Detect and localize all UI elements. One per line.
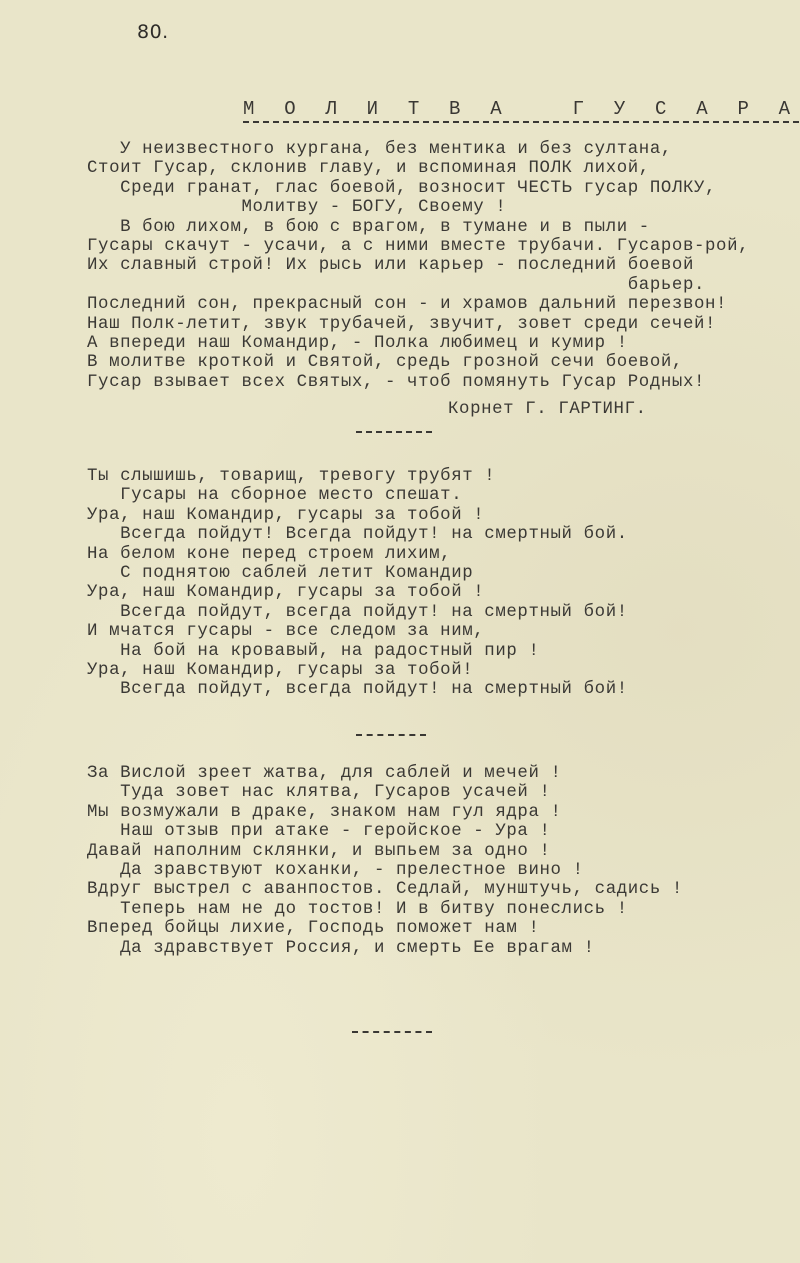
- separator: [352, 1031, 432, 1033]
- poem-line: Мы возмужали в драке, знаком нам гул ядр…: [87, 803, 562, 823]
- poem-line: Наш Полк-летит, звук трубачей, звучит, з…: [87, 315, 716, 335]
- poem-line: С поднятою саблей летит Командир: [87, 564, 473, 584]
- poem-line: На бой на кровавый, на радостный пир !: [87, 642, 539, 662]
- poem-line: Ты слышишь, товарищ, тревогу трубят !: [87, 467, 495, 487]
- poem-line: Вперед бойцы лихие, Господь поможет нам …: [87, 919, 539, 939]
- poem-line: Гусары скачут - усачи, а с ними вместе т…: [87, 237, 749, 257]
- poem-line: Ура, наш Командир, гусары за тобой !: [87, 506, 484, 526]
- poem-line: На белом коне перед строем лихим,: [87, 545, 451, 565]
- poem-line: А впереди наш Командир, - Полка любимец …: [87, 334, 628, 354]
- poem-line: В молитве кроткой и Святой, средь грозно…: [87, 353, 683, 373]
- separator: [356, 734, 426, 736]
- poem-line: Да зравствуют коханки, - прелестное вино…: [87, 861, 584, 881]
- poem-title: М О Л И Т В А Г У С А Р А: [243, 98, 799, 123]
- poem-line: Наш отзыв при атаке - геройское - Ура !: [87, 822, 551, 842]
- poem-line: Всегда пойдут, всегда пойдут! на смертны…: [87, 680, 628, 700]
- poem-line: Их славный строй! Их рысь или карьер - п…: [87, 256, 694, 276]
- poem-line: Всегда пойдут! Всегда пойдут! на смертны…: [87, 525, 628, 545]
- poem-line: Стоит Гусар, склонив главу, и вспоминая …: [87, 159, 650, 179]
- poem-line: У неизвестного кургана, без ментика и бе…: [87, 140, 672, 160]
- poem-line: Гусары на сборное место спешат.: [87, 486, 462, 506]
- poem-line: Среди гранат, глас боевой, возносит ЧЕСТ…: [87, 179, 716, 199]
- poem-signature: Корнет Г. ГАРТИНГ.: [448, 400, 647, 420]
- document-page: 80. М О Л И Т В А Г У С А Р А У неизвест…: [0, 0, 800, 1263]
- poem-line: Туда зовет нас клятва, Гусаров усачей !: [87, 783, 551, 803]
- poem-line: За Вислой зреет жатва, для саблей и мече…: [87, 764, 562, 784]
- poem-line: Ура, наш Командир, гусары за тобой !: [87, 583, 484, 603]
- poem-line: Давай наполним склянки, и выпьем за одно…: [87, 842, 551, 862]
- poem-line: Всегда пойдут, всегда пойдут! на смертны…: [87, 603, 628, 623]
- page-number: 80.: [137, 21, 169, 43]
- poem-line: Ура, наш Командир, гусары за тобой!: [87, 661, 473, 681]
- poem-line: И мчатся гусары - все следом за ним,: [87, 622, 484, 642]
- poem-line: Гусар взывает всех Святых, - чтоб помяну…: [87, 373, 705, 393]
- poem-line: Молитву - БОГУ, Своему !: [87, 198, 506, 218]
- poem-line: Теперь нам не до тостов! И в битву понес…: [87, 900, 628, 920]
- poem-line: В бою лихом, в бою с врагом, в тумане и …: [87, 218, 650, 238]
- poem-line: Да здравствует Россия, и смерть Ее врага…: [87, 939, 595, 959]
- poem-line: Последний сон, прекрасный сон - и храмов…: [87, 295, 727, 315]
- poem-line: барьер.: [87, 276, 705, 296]
- separator: [356, 431, 432, 433]
- poem-line: Вдруг выстрел с аванпостов. Седлай, мунш…: [87, 880, 683, 900]
